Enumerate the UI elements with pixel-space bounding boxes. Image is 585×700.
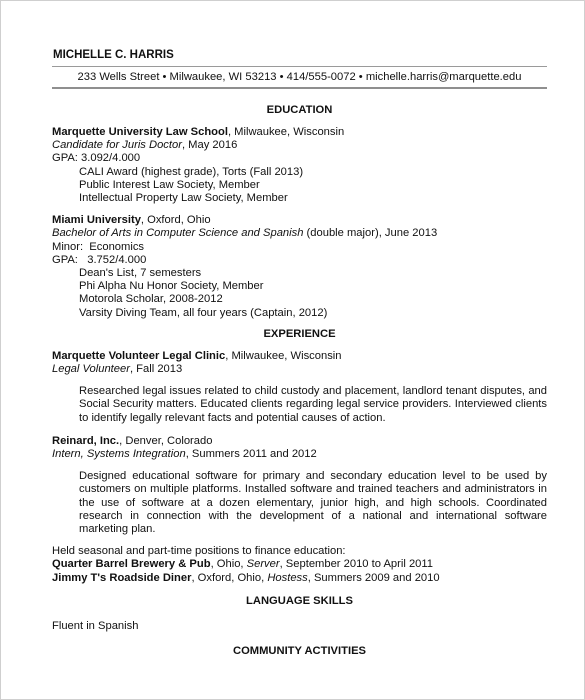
institution-location: , Oxford, Ohio	[141, 214, 211, 226]
experience-entry: Marquette Volunteer Legal Clinic, Milwau…	[52, 350, 547, 425]
language-skill: Fluent in Spanish	[52, 620, 547, 633]
degree-date: (double major), June 2013	[303, 227, 437, 239]
job-title: Legal Volunteer	[52, 363, 130, 375]
seasonal-positions: Held seasonal and part-time positions to…	[52, 545, 547, 585]
employer-line: Marquette Volunteer Legal Clinic, Milwau…	[52, 350, 547, 363]
employer-location: , Denver, Colorado	[119, 435, 212, 447]
seasonal-job: Jimmy T's Roadside Diner, Oxford, Ohio, …	[52, 572, 547, 585]
institution-location: , Milwaukee, Wisconsin	[228, 126, 344, 138]
job-title: Hostess	[267, 572, 307, 584]
header-divider-thin	[52, 66, 547, 67]
honor-item: Public Interest Law Society, Member	[52, 179, 547, 192]
gpa: GPA: 3.752/4.000	[52, 254, 547, 267]
section-heading-language-skills: LANGUAGE SKILLS	[52, 594, 547, 608]
job-dates: , Summers 2011 and 2012	[186, 448, 317, 460]
institution-name: Miami University	[52, 214, 141, 226]
honor-item: Phi Alpha Nu Honor Society, Member	[52, 280, 547, 293]
section-heading-experience: EXPERIENCE	[52, 327, 547, 341]
employer-location: , Ohio,	[211, 558, 247, 570]
institution-name: Marquette University Law School	[52, 126, 228, 138]
job-title-line: Legal Volunteer, Fall 2013	[52, 363, 547, 376]
employer-name: Marquette Volunteer Legal Clinic	[52, 350, 225, 362]
employer-location: , Milwaukee, Wisconsin	[225, 350, 341, 362]
honor-item: Intellectual Property Law Society, Membe…	[52, 192, 547, 205]
minor: Minor: Economics	[52, 241, 547, 254]
honor-item: Motorola Scholar, 2008-2012	[52, 293, 547, 306]
candidate-name: MICHELLE C. HARRIS	[52, 48, 547, 63]
job-dates: , Summers 2009 and 2010	[308, 572, 440, 584]
degree-date: , May 2016	[182, 139, 237, 151]
education-entry: Miami University, Oxford, Ohio Bachelor …	[52, 214, 547, 320]
degree-name: Candidate for Juris Doctor	[52, 139, 182, 151]
job-description: Researched legal issues related to child…	[52, 385, 547, 425]
honor-item: CALI Award (highest grade), Torts (Fall …	[52, 166, 547, 179]
employer-name: Reinard, Inc.	[52, 435, 119, 447]
seasonal-intro: Held seasonal and part-time positions to…	[52, 545, 547, 558]
resume-page: MICHELLE C. HARRIS 233 Wells Street • Mi…	[0, 0, 585, 700]
degree-line: Bachelor of Arts in Computer Science and…	[52, 227, 547, 240]
honor-item: Varsity Diving Team, all four years (Cap…	[52, 307, 547, 320]
job-title: Server	[247, 558, 280, 570]
header-divider-thick	[52, 87, 547, 89]
resume-content: MICHELLE C. HARRIS 233 Wells Street • Mi…	[52, 48, 547, 658]
employer-name: Quarter Barrel Brewery & Pub	[52, 558, 211, 570]
section-heading-education: EDUCATION	[52, 103, 547, 117]
employer-location: , Oxford, Ohio,	[191, 572, 267, 584]
school-line: Marquette University Law School, Milwauk…	[52, 126, 547, 139]
degree-name: Bachelor of Arts in Computer Science and…	[52, 227, 303, 239]
job-title: Intern, Systems Integration	[52, 448, 186, 460]
gpa: GPA: 3.092/4.000	[52, 152, 547, 165]
section-heading-community-activities: COMMUNITY ACTIVITIES	[52, 644, 547, 658]
degree-line: Candidate for Juris Doctor, May 2016	[52, 139, 547, 152]
employer-line: Reinard, Inc., Denver, Colorado	[52, 435, 547, 448]
job-dates: , September 2010 to April 2011	[280, 558, 433, 570]
education-entry: Marquette University Law School, Milwauk…	[52, 126, 547, 205]
employer-name: Jimmy T's Roadside Diner	[52, 572, 191, 584]
experience-entry: Reinard, Inc., Denver, Colorado Intern, …	[52, 435, 547, 536]
job-title-line: Intern, Systems Integration, Summers 201…	[52, 448, 547, 461]
school-line: Miami University, Oxford, Ohio	[52, 214, 547, 227]
job-dates: , Fall 2013	[130, 363, 182, 375]
seasonal-job: Quarter Barrel Brewery & Pub, Ohio, Serv…	[52, 558, 547, 571]
contact-info: 233 Wells Street • Milwaukee, WI 53213 •…	[52, 70, 547, 84]
job-description: Designed educational software for primar…	[52, 470, 547, 536]
honor-item: Dean's List, 7 semesters	[52, 267, 547, 280]
